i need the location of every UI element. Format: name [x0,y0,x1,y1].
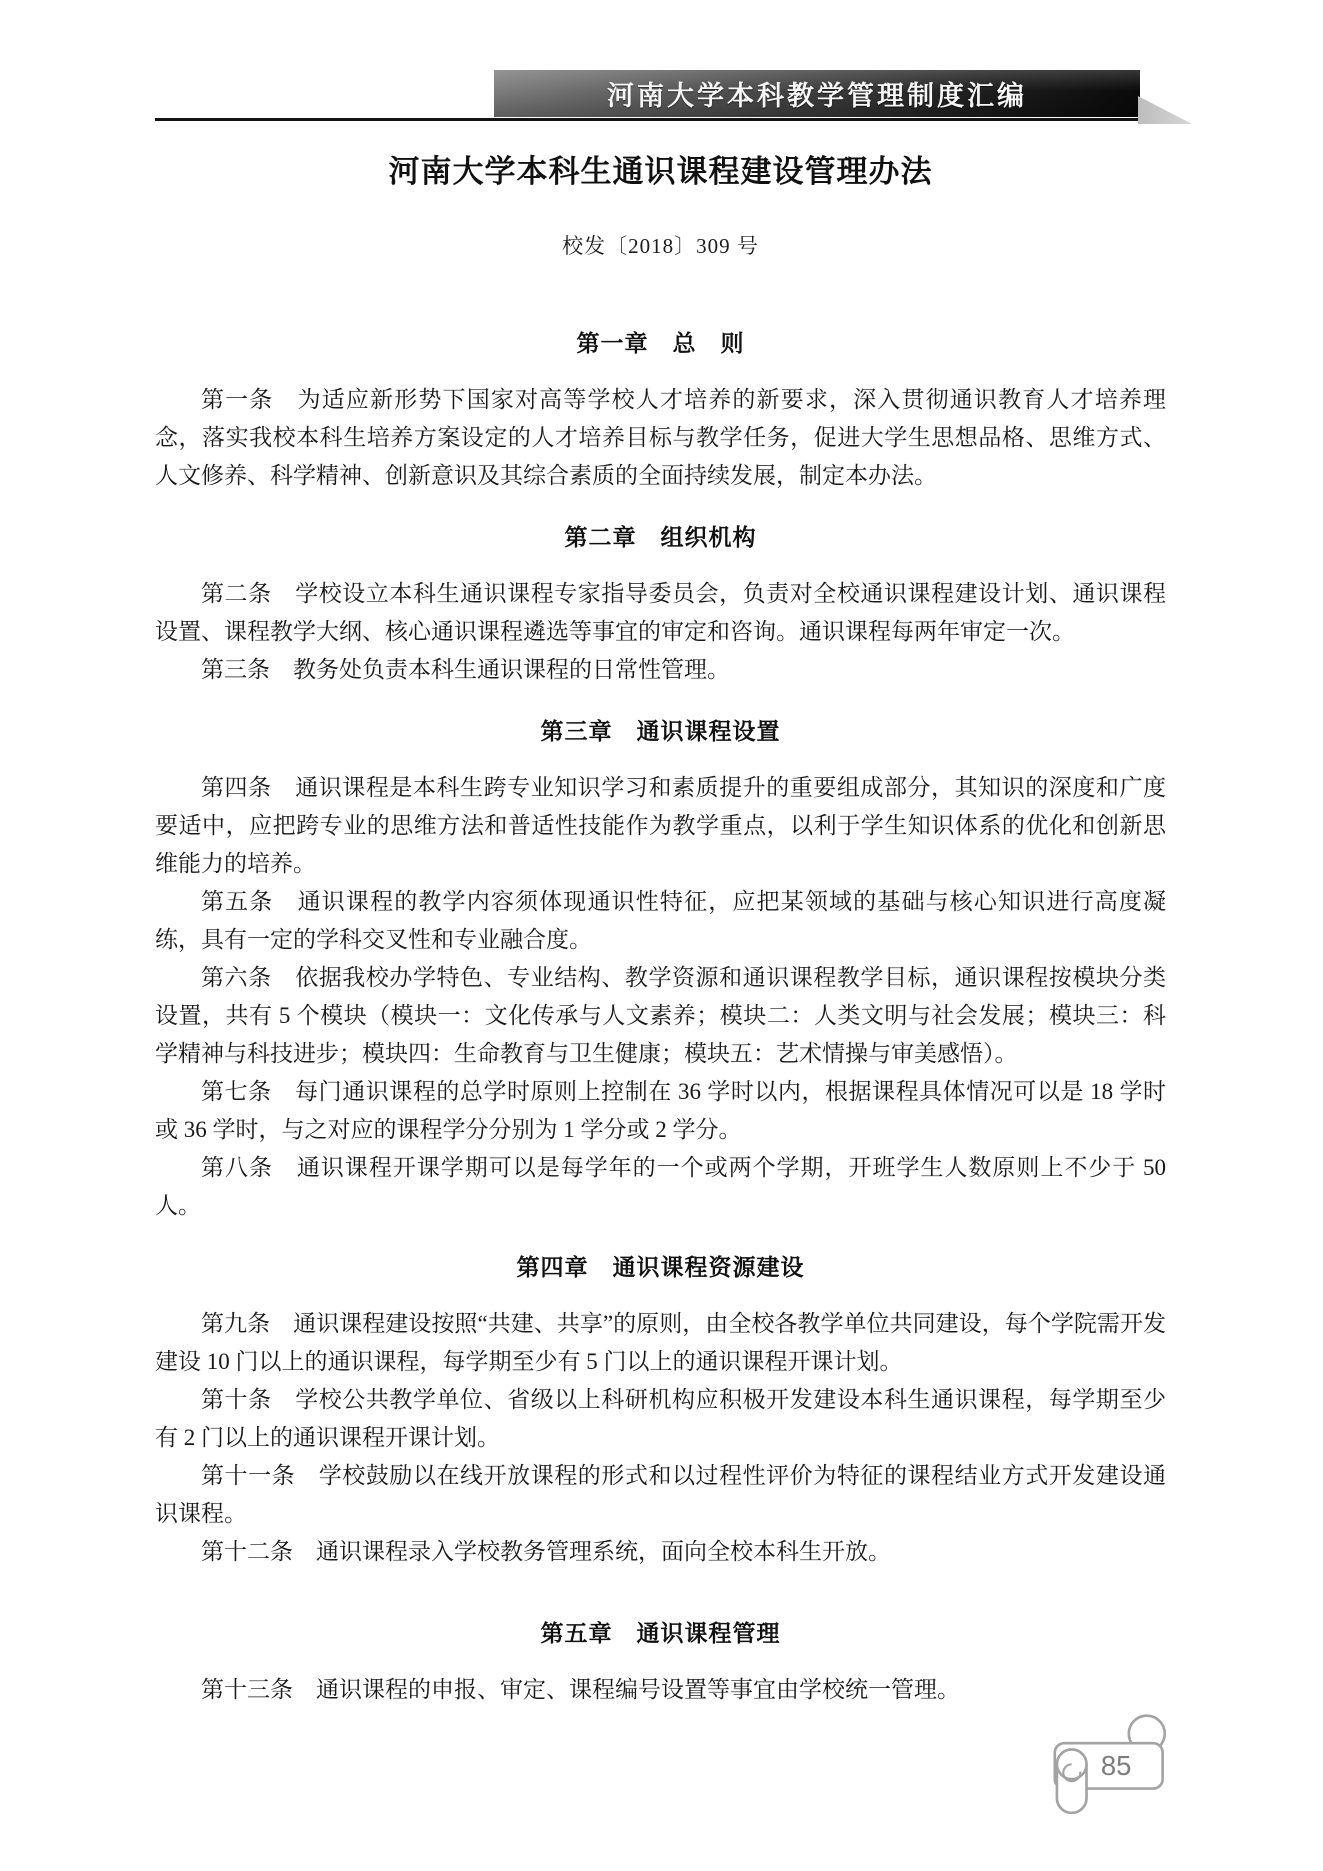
article-7: 第七条 每门通识课程的总学时原则上控制在 36 学时以内，根据课程具体情况可以是… [155,1073,1166,1149]
chapter-heading-4: 第四章 通识课程资源建设 [155,1249,1166,1285]
page-number-scroll-icon: 85 [1040,1700,1188,1818]
header-rule [155,118,1142,121]
document-number: 校发〔2018〕309 号 [155,231,1166,261]
article-13: 第十三条 通识课程的申报、审定、课程编号设置等事宜由学校统一管理。 [155,1671,1166,1709]
chapter-heading-1: 第一章 总 则 [155,325,1166,361]
article-8: 第八条 通识课程开课学期可以是每学年的一个或两个学期，开班学生人数原则上不少于 … [155,1149,1166,1225]
article-4: 第四条 通识课程是本科生跨专业知识学习和素质提升的重要组成部分，其知识的深度和广… [155,769,1166,883]
chapter-heading-3: 第三章 通识课程设置 [155,713,1166,749]
banner-title: 河南大学本科教学管理制度汇编 [607,74,1027,113]
article-6: 第六条 依据我校办学特色、专业结构、教学资源和通识课程教学目标，通识课程按模块分… [155,959,1166,1073]
article-10: 第十条 学校公共教学单位、省级以上科研机构应积极开发建设本科生通识课程，每学期至… [155,1381,1166,1457]
article-5: 第五条 通识课程的教学内容须体现通识性特征，应把某领域的基础与核心知识进行高度凝… [155,883,1166,959]
chapter-heading-5: 第五章 通识课程管理 [155,1615,1166,1651]
chapter-heading-2: 第二章 组织机构 [155,519,1166,555]
article-3: 第三条 教务处负责本科生通识课程的日常性管理。 [155,651,1166,689]
article-11: 第十一条 学校鼓励以在线开放课程的形式和以过程性评价为特征的课程结业方式开发建设… [155,1457,1166,1533]
document-body: 河南大学本科生通识课程建设管理办法 校发〔2018〕309 号 第一章 总 则 … [0,0,1323,1709]
article-9: 第九条 通识课程建设按照“共建、共享”的原则，由全校各教学单位共同建设，每个学院… [155,1305,1166,1381]
page-header: 河南大学本科教学管理制度汇编 [0,0,1323,130]
banner-corner-flag-icon [1138,96,1192,124]
scroll-graphic: 85 [1040,1700,1188,1818]
document-title: 河南大学本科生通识课程建设管理办法 [155,149,1166,195]
header-banner: 河南大学本科教学管理制度汇编 [494,70,1140,117]
article-12: 第十二条 通识课程录入学校教务管理系统，面向全校本科生开放。 [155,1533,1166,1571]
page-number: 85 [1101,1750,1132,1781]
article-1: 第一条 为适应新形势下国家对高等学校人才培养的新要求，深入贯彻通识教育人才培养理… [155,381,1166,495]
article-2: 第二条 学校设立本科生通识课程专家指导委员会，负责对全校通识课程建设计划、通识课… [155,575,1166,651]
